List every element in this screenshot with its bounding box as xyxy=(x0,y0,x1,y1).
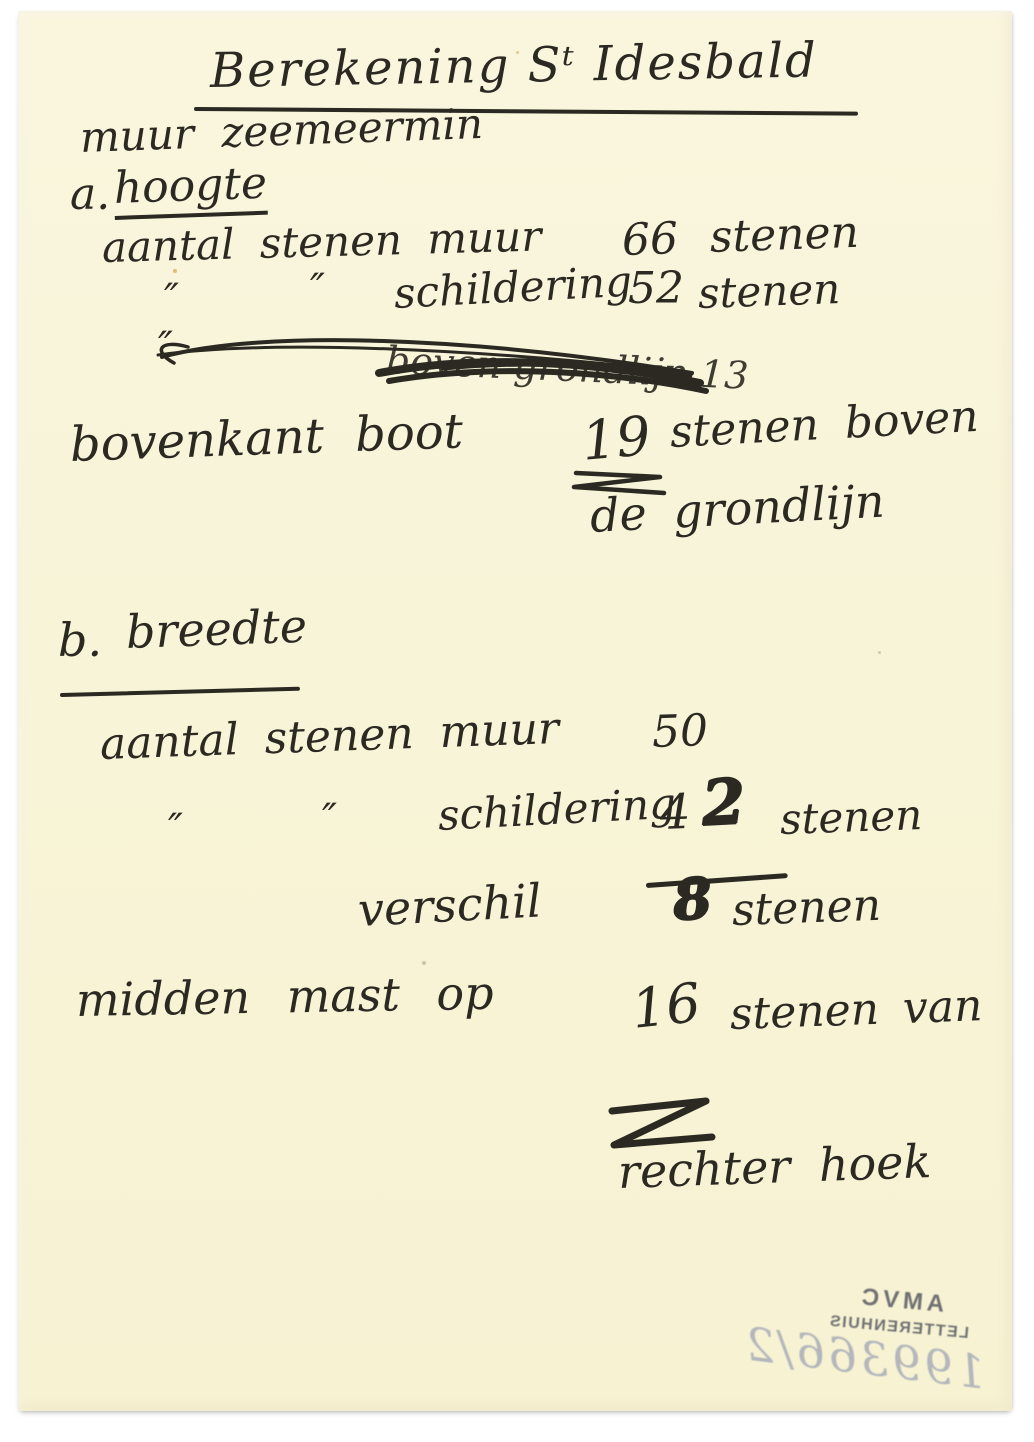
section-b-prefix: b. xyxy=(58,617,102,663)
row-b2-digit-4: 4 xyxy=(659,788,691,837)
page-title: Berekening Sᵗ Idesbald xyxy=(210,36,819,95)
row-b4-label: midden mast op xyxy=(76,970,494,1023)
ditto-mark: ″ xyxy=(310,269,325,309)
row-a2-word: schildering xyxy=(393,261,633,315)
strikethrough-scribble xyxy=(144,311,724,406)
row-b3-label: verschil xyxy=(357,877,543,933)
row-b1-label: aantal stenen muur xyxy=(99,707,559,767)
row-b3-unit: stenen xyxy=(731,884,881,933)
section-b-underline xyxy=(60,687,300,697)
row-b2-unit: stenen xyxy=(779,794,923,841)
subject-line: muur zeemeermin xyxy=(79,103,483,159)
row-b2-digit-2-overwritten: 2 xyxy=(700,771,746,835)
row-b4-number: 16 xyxy=(629,976,703,1037)
paper-sheet: Berekening Sᵗ Idesbald muur zeemeermin a… xyxy=(18,11,1012,1411)
row-a4-label: bovenkant boot xyxy=(69,407,463,469)
paper-speck xyxy=(422,961,426,965)
paper-speck xyxy=(173,269,177,273)
row-a1-value: 66 stenen xyxy=(621,211,859,263)
section-b-heading: breedte xyxy=(125,603,308,655)
row-b4-text: stenen van xyxy=(729,984,983,1037)
row-b4-text2: rechter hoek xyxy=(617,1138,932,1195)
section-a-heading: hoogte xyxy=(113,162,268,220)
paper-speck xyxy=(878,651,881,654)
row-b3-number-overwritten: 8 xyxy=(671,870,714,929)
row-b2-word: schildering xyxy=(437,783,677,837)
row-b1-value: 50 xyxy=(651,709,709,755)
row-a2-number: 52 xyxy=(628,267,684,311)
row-a4-text2: de grondlijn xyxy=(589,478,886,539)
ditto-mark: ″ xyxy=(322,799,337,839)
row-a4-text: stenen boven xyxy=(669,395,980,455)
row-a1-label: aantal stenen muur xyxy=(101,216,541,269)
paper-speck xyxy=(516,51,519,54)
row-a2-unit: stenen xyxy=(697,268,841,315)
section-a-prefix: a. xyxy=(70,173,110,217)
ditto-mark: ″ xyxy=(168,809,183,849)
row-a4-number: 19 xyxy=(580,409,653,469)
